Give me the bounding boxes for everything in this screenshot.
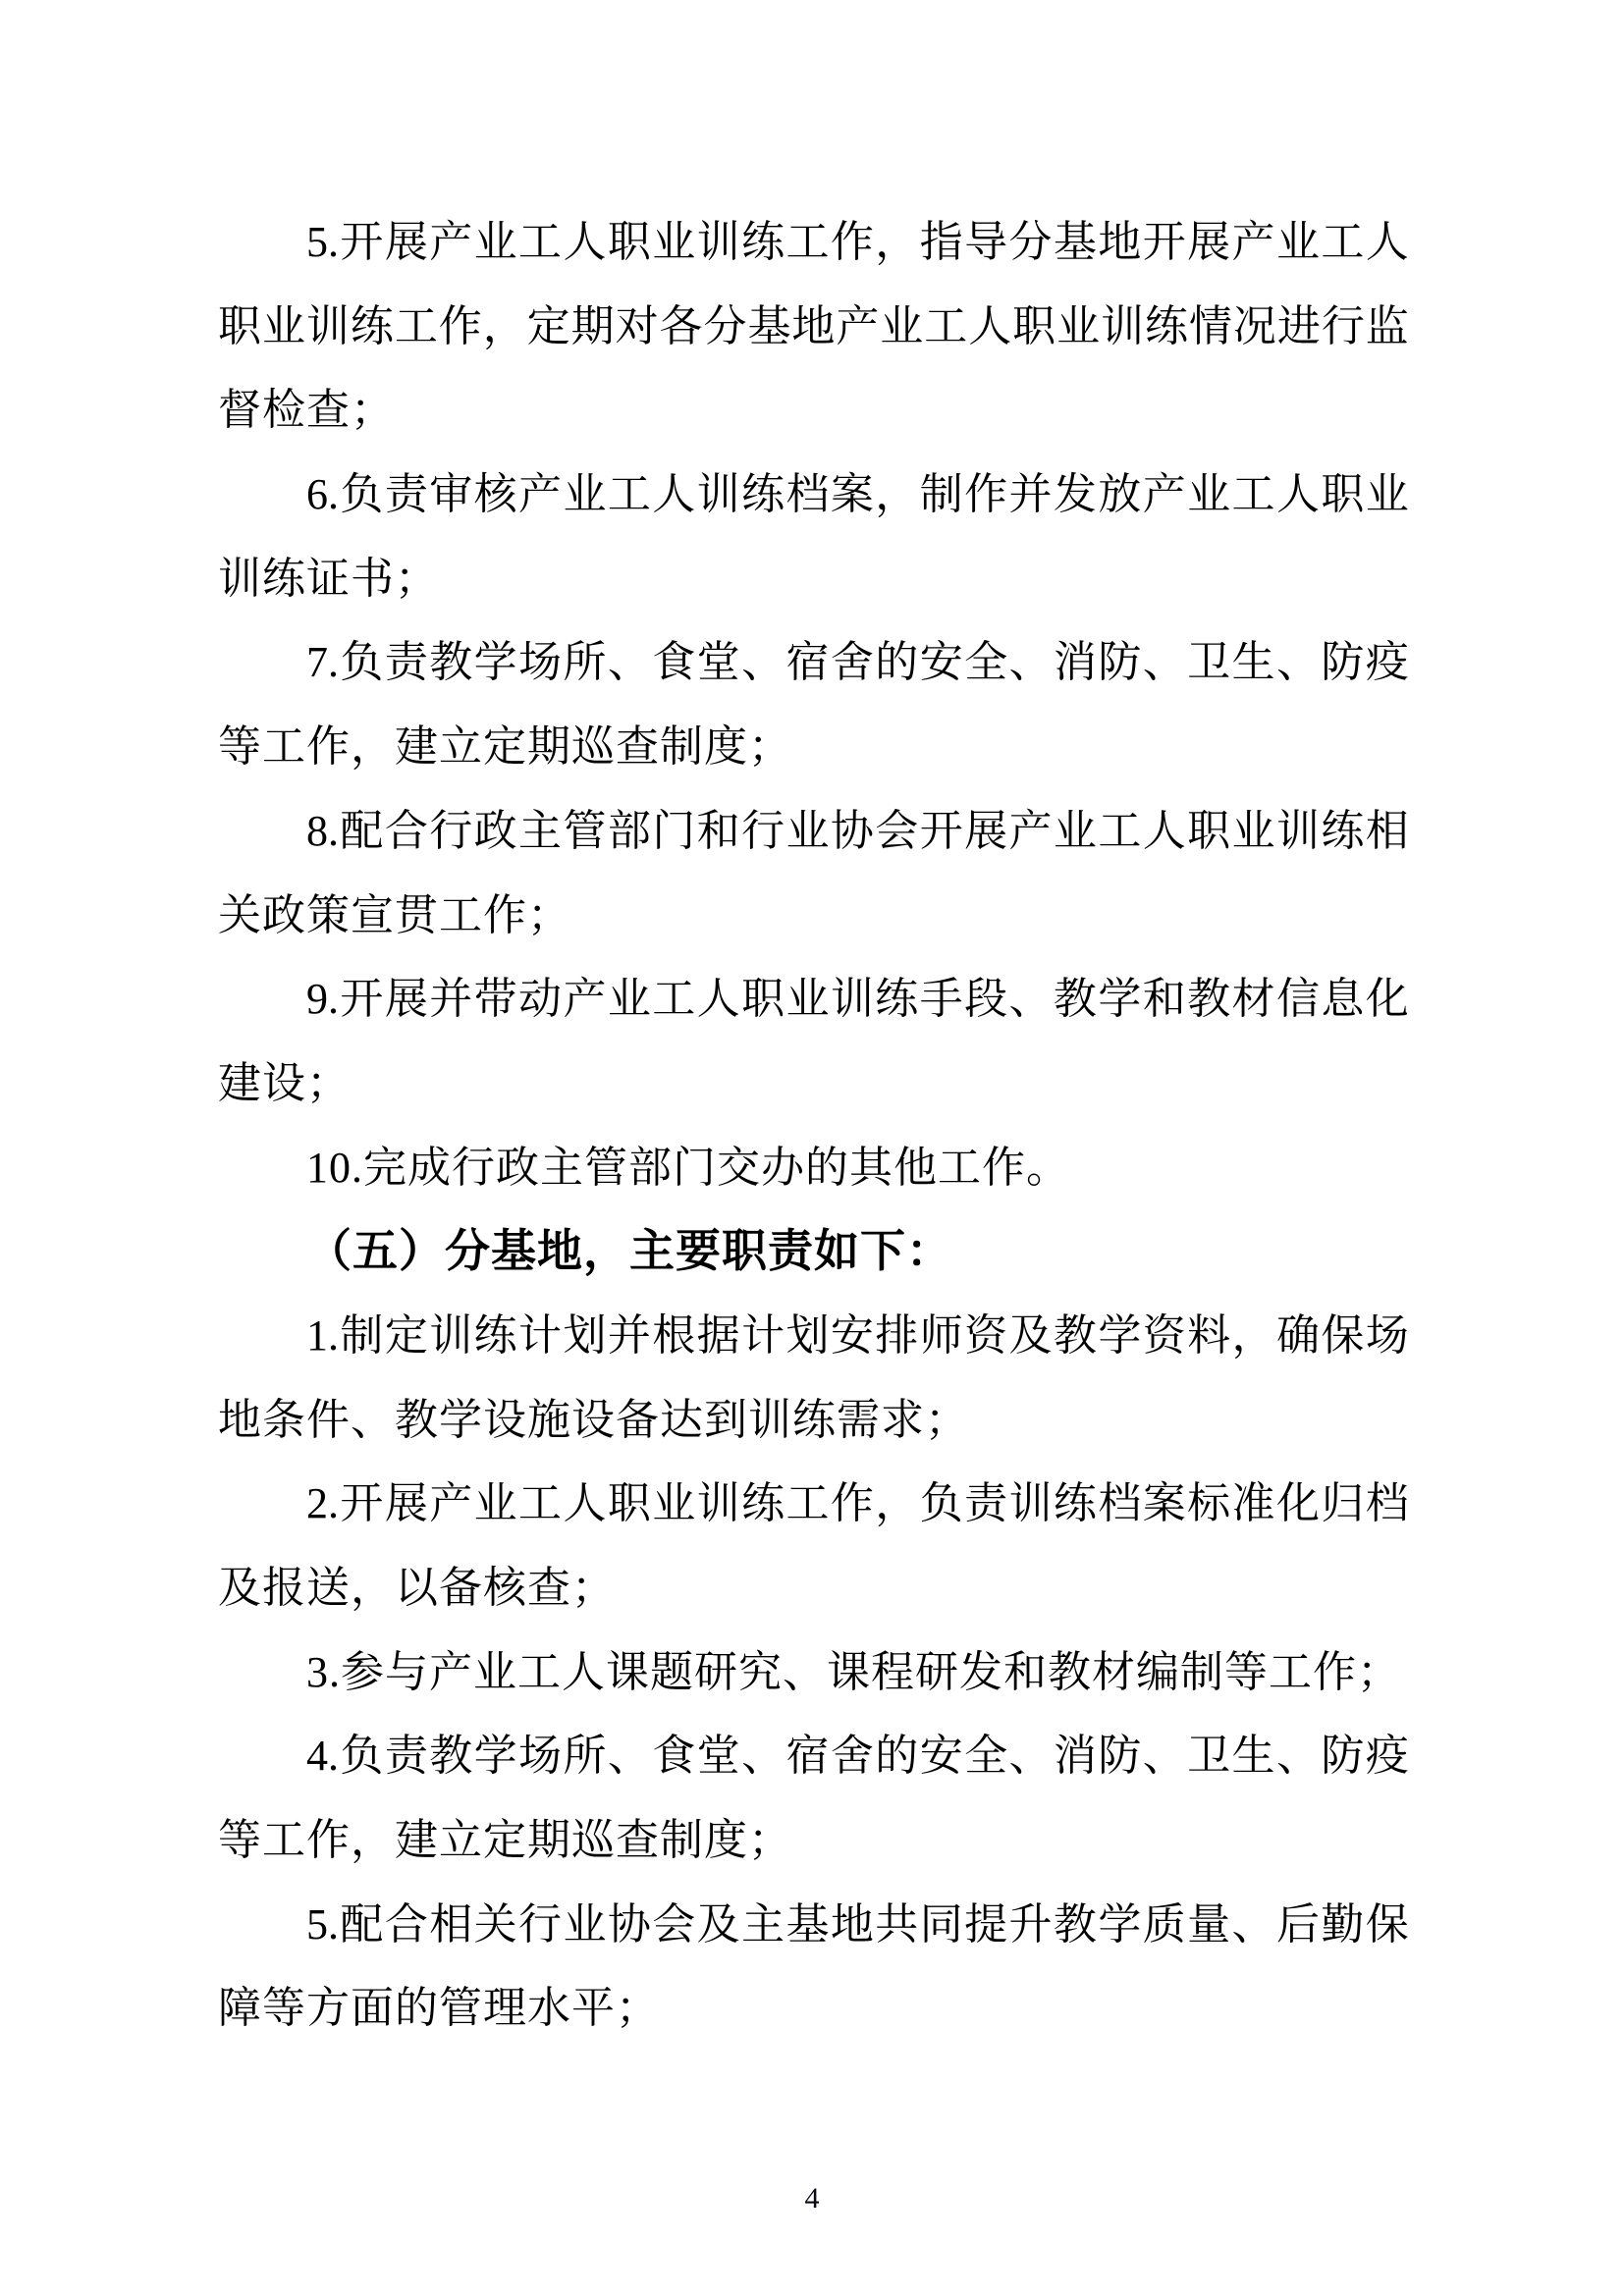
text-line: 关政策宣贯工作； [218, 874, 1409, 958]
text-line: 等工作，建立定期巡查制度； [218, 1798, 1409, 1883]
text-line: 3.参与产业工人课题研究、课程研发和教材编制等工作； [218, 1630, 1409, 1715]
text-line: 5.配合相关行业协会及主基地共同提升教学质量、后勤保 [218, 1883, 1409, 1967]
text-line: 9.开展并带动产业工人职业训练手段、教学和教材信息化 [218, 957, 1409, 1041]
paragraph: 8.配合行政主管部门和行业协会开展产业工人职业训练相关政策宣贯工作； [218, 789, 1409, 957]
section-heading: （五）分基地，主要职责如下： [218, 1209, 1409, 1294]
paragraph: 10.完成行政主管部门交办的其他工作。 [218, 1126, 1409, 1210]
paragraph: 6.负责审核产业工人训练档案，制作并发放产业工人职业训练证书； [218, 453, 1409, 620]
text-line: 障等方面的管理水平； [218, 1966, 1409, 2051]
text-line: 5.开展产业工人职业训练工作，指导分基地开展产业工人 [218, 200, 1409, 285]
paragraph: 5.配合相关行业协会及主基地共同提升教学质量、后勤保障等方面的管理水平； [218, 1883, 1409, 2051]
text-line: （五）分基地，主要职责如下： [218, 1209, 1409, 1294]
text-line: 等工作，建立定期巡查制度； [218, 705, 1409, 789]
text-line: 6.负责审核产业工人训练档案，制作并发放产业工人职业 [218, 453, 1409, 537]
text-line: 10.完成行政主管部门交办的其他工作。 [218, 1126, 1409, 1210]
paragraph: 7.负责教学场所、食堂、宿舍的安全、消防、卫生、防疫等工作，建立定期巡查制度； [218, 620, 1409, 788]
text-line: 督检查； [218, 368, 1409, 453]
paragraph: 5.开展产业工人职业训练工作，指导分基地开展产业工人职业训练工作，定期对各分基地… [218, 200, 1409, 453]
paragraph: 3.参与产业工人课题研究、课程研发和教材编制等工作； [218, 1630, 1409, 1715]
text-line: 建设； [218, 1041, 1409, 1126]
text-line: 地条件、教学设施设备达到训练需求； [218, 1378, 1409, 1463]
document-page: 5.开展产业工人职业训练工作，指导分基地开展产业工人职业训练工作，定期对各分基地… [0, 0, 1624, 2296]
text-line: 及报送，以备核查； [218, 1546, 1409, 1630]
document-body: 5.开展产业工人职业训练工作，指导分基地开展产业工人职业训练工作，定期对各分基地… [218, 200, 1409, 2051]
text-line: 2.开展产业工人职业训练工作，负责训练档案标准化归档 [218, 1462, 1409, 1546]
page-number: 4 [805, 2182, 820, 2215]
text-line: 职业训练工作，定期对各分基地产业工人职业训练情况进行监 [218, 285, 1409, 369]
text-line: 1.制定训练计划并根据计划安排师资及教学资料，确保场 [218, 1294, 1409, 1378]
text-line: 训练证书； [218, 537, 1409, 621]
text-line: 8.配合行政主管部门和行业协会开展产业工人职业训练相 [218, 789, 1409, 874]
paragraph: 2.开展产业工人职业训练工作，负责训练档案标准化归档及报送，以备核查； [218, 1462, 1409, 1629]
text-line: 7.负责教学场所、食堂、宿舍的安全、消防、卫生、防疫 [218, 620, 1409, 705]
paragraph: 9.开展并带动产业工人职业训练手段、教学和教材信息化建设； [218, 957, 1409, 1125]
page-footer: 4 [0, 2179, 1624, 2218]
paragraph: 1.制定训练计划并根据计划安排师资及教学资料，确保场地条件、教学设施设备达到训练… [218, 1294, 1409, 1462]
text-line: 4.负责教学场所、食堂、宿舍的安全、消防、卫生、防疫 [218, 1714, 1409, 1798]
paragraph: 4.负责教学场所、食堂、宿舍的安全、消防、卫生、防疫等工作，建立定期巡查制度； [218, 1714, 1409, 1882]
